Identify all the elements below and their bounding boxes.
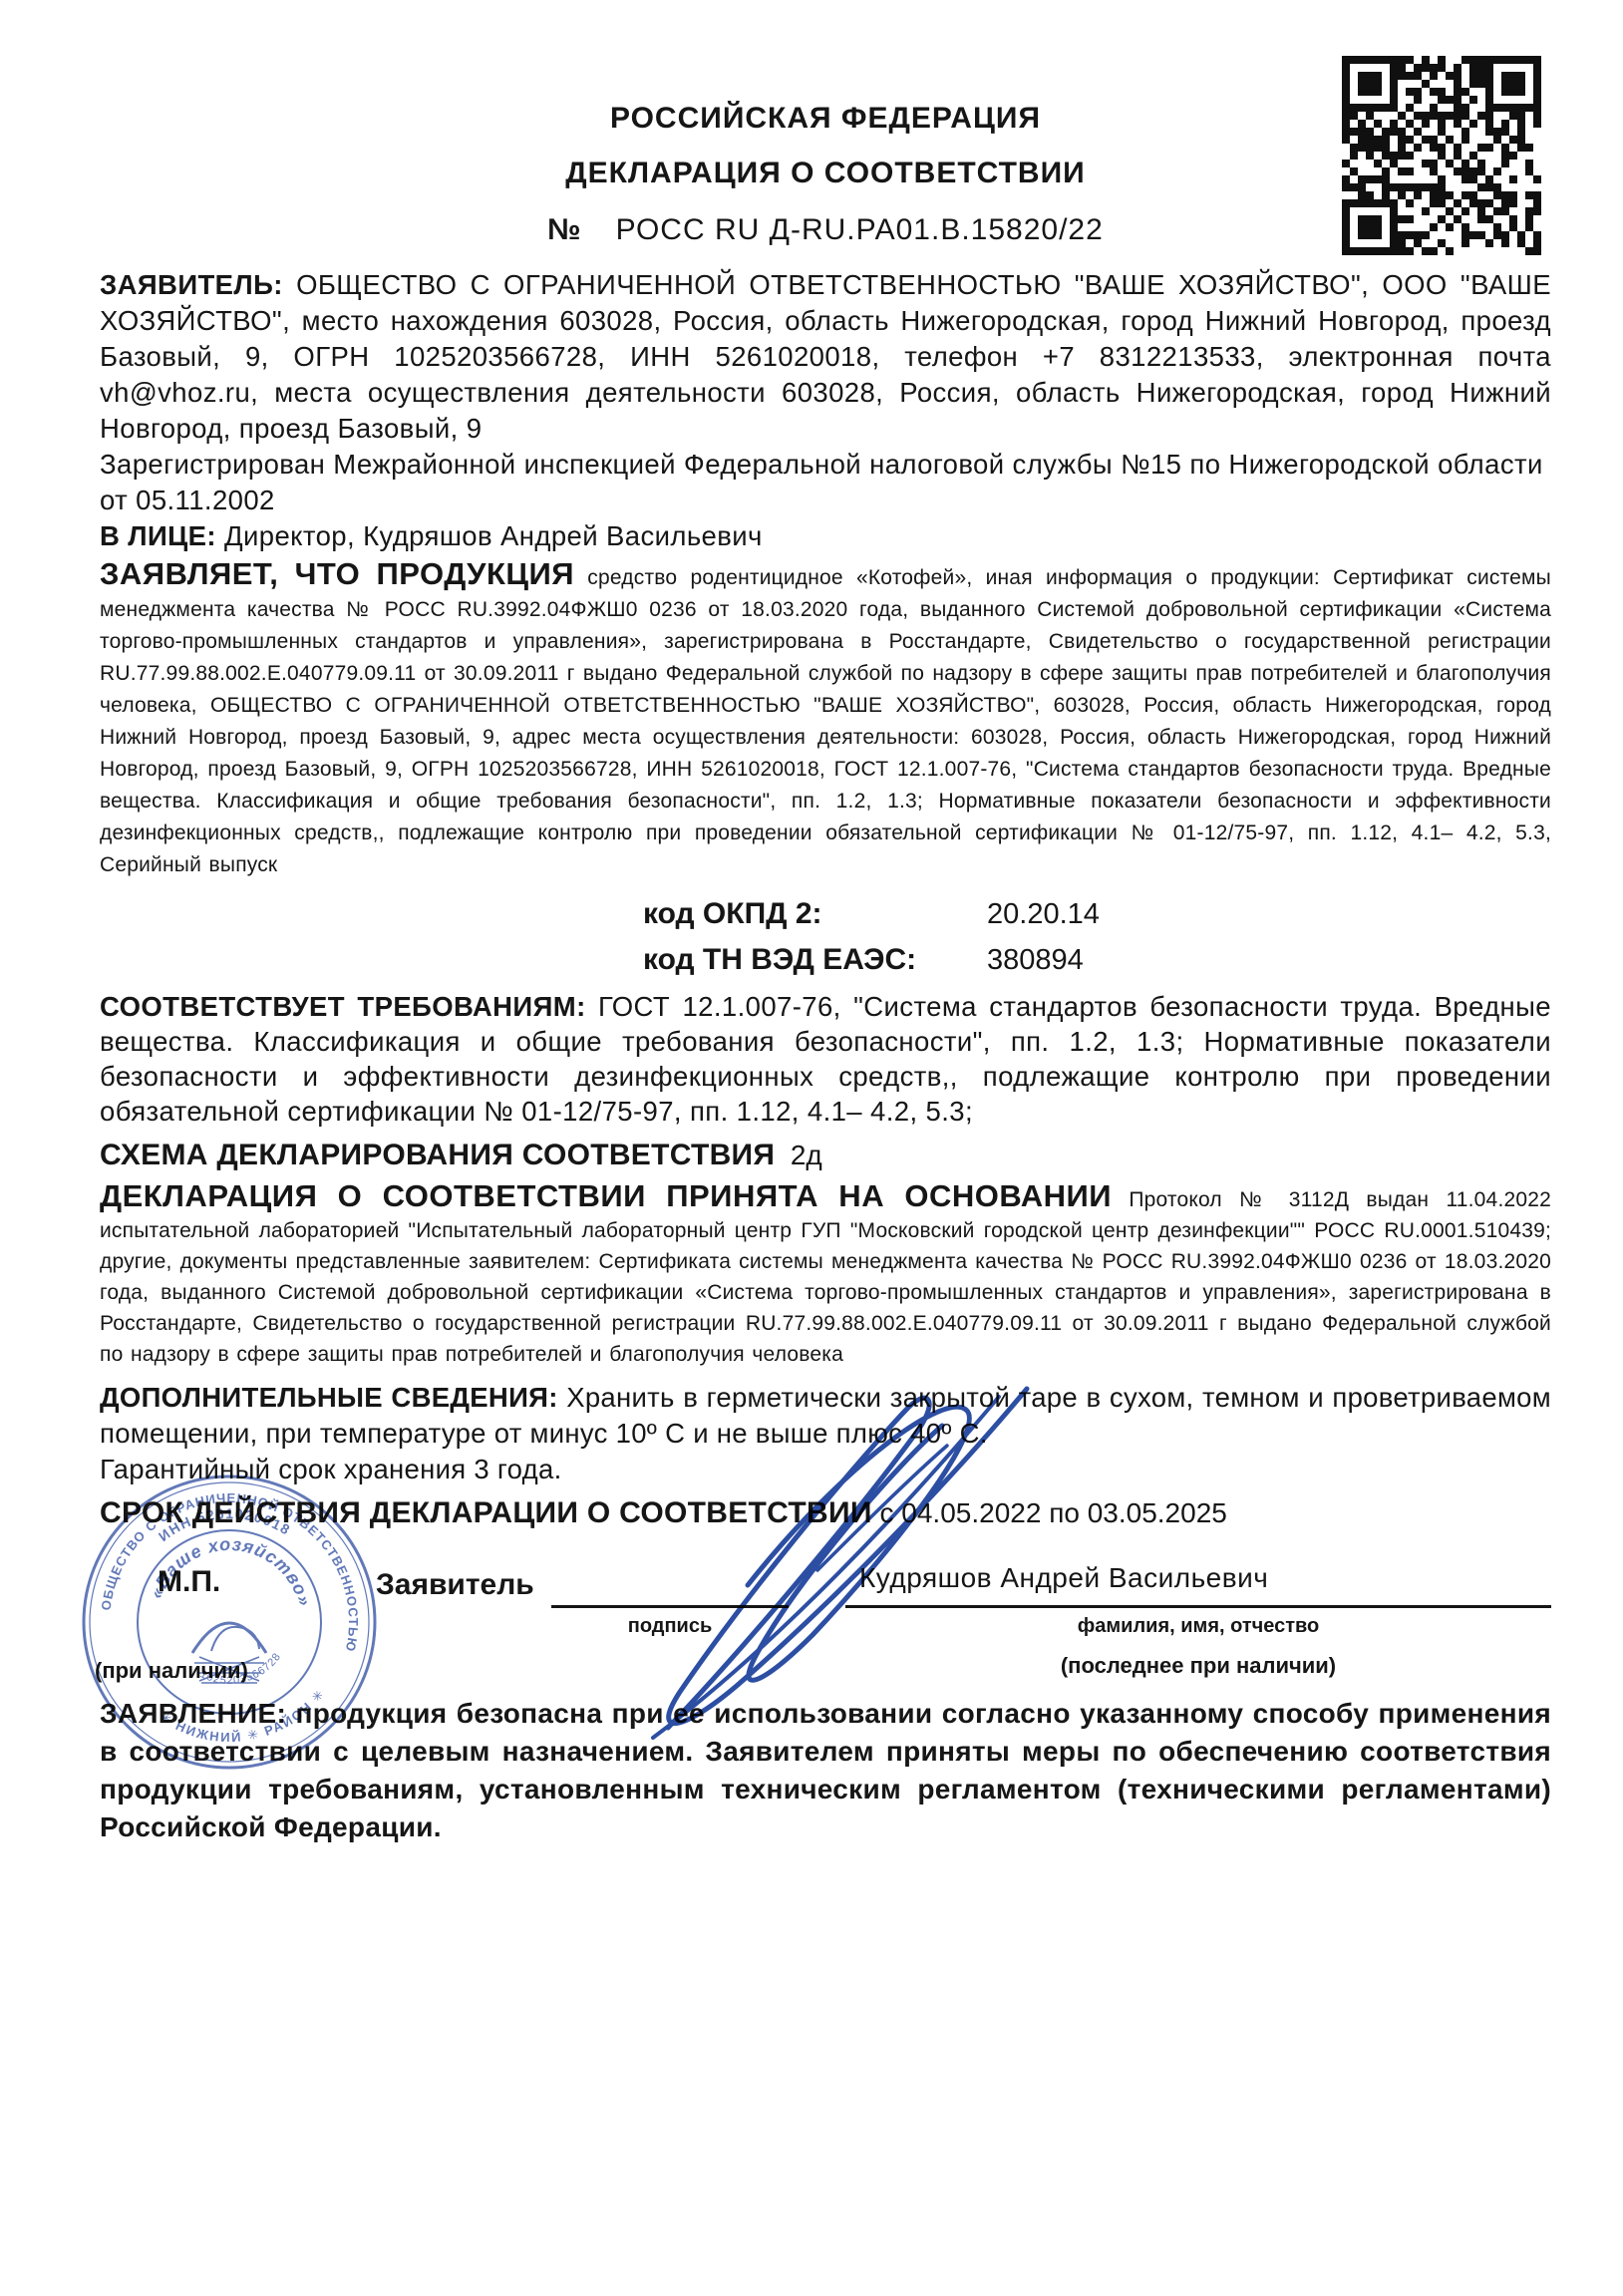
- applicant-text: ОБЩЕСТВО С ОГРАНИЧЕННОЙ ОТВЕТСТВЕННОСТЬЮ…: [100, 269, 1551, 444]
- product-text: средство родентицидное «Котофей», иная и…: [100, 566, 1551, 876]
- doc-number: РОСС RU Д-RU.РА01.В.15820/22: [616, 213, 1104, 246]
- doc-number-line: №РОСС RU Д-RU.РА01.В.15820/22: [100, 213, 1551, 247]
- codes-block: код ОКПД 2:20.20.14 код ТН ВЭД ЕАЭС:3808…: [100, 891, 1551, 983]
- in-person-text: Директор, Кудряшов Андрей Васильевич: [224, 520, 763, 551]
- company-stamp: ОБЩЕСТВО С ОГРАНИЧЕННОЙ ОТВЕТСТВЕННОСТЬЮ…: [75, 1468, 384, 1777]
- stamp-ogrn-text: 1025203566728: [198, 1651, 284, 1688]
- doc-number-label: №: [547, 213, 581, 246]
- compliance-paragraph: СООТВЕТСТВУЕТ ТРЕБОВАНИЯМ: ГОСТ 12.1.007…: [100, 989, 1551, 1129]
- scheme-value: 2д: [791, 1140, 822, 1170]
- svg-text:«Ваше хозяйство»: «Ваше хозяйство»: [147, 1534, 316, 1609]
- product-paragraph: ЗАЯВЛЯЕТ, ЧТО ПРОДУКЦИЯ средство роденти…: [100, 558, 1551, 881]
- basis-heading: ДЕКЛАРАЦИЯ О СООТВЕТСТВИИ ПРИНЯТА НА ОСН…: [100, 1178, 1112, 1213]
- svg-text:✳ НИЖНИЙ ✳ РАЙОН ✳: ✳ НИЖНИЙ ✳ РАЙОН ✳: [158, 1686, 328, 1745]
- applicant-label: ЗАЯВИТЕЛЬ:: [100, 269, 283, 300]
- header-title: ДЕКЛАРАЦИЯ О СООТВЕТСТВИИ: [100, 157, 1551, 190]
- compliance-label: СООТВЕТСТВУЕТ ТРЕБОВАНИЯМ:: [100, 991, 586, 1022]
- in-person-label: В ЛИЦЕ:: [100, 520, 216, 551]
- stamp-bottom-text: ✳ НИЖНИЙ ✳ РАЙОН ✳: [158, 1686, 328, 1745]
- applicant-paragraph: ЗАЯВИТЕЛЬ: ОБЩЕСТВО С ОГРАНИЧЕННОЙ ОТВЕТ…: [100, 267, 1551, 447]
- okpd-row: код ОКПД 2:20.20.14: [643, 891, 1551, 937]
- scheme-label: СХЕМА ДЕКЛАРИРОВАНИЯ СООТВЕТСТВИЯ: [100, 1139, 775, 1171]
- in-person-line: В ЛИЦЕ: Директор, Кудряшов Андрей Василь…: [100, 518, 1551, 554]
- scheme-line: СХЕМА ДЕКЛАРИРОВАНИЯ СООТВЕТСТВИЯ 2д: [100, 1135, 1551, 1176]
- svg-text:1025203566728: 1025203566728: [198, 1651, 284, 1688]
- signature-scrawl: [429, 1331, 1127, 1750]
- product-heading: ЗАЯВЛЯЕТ, ЧТО ПРОДУКЦИЯ: [100, 556, 574, 591]
- document-page: РОССИЙСКАЯ ФЕДЕРАЦИЯ ДЕКЛАРАЦИЯ О СООТВЕ…: [0, 0, 1623, 2296]
- stamp-inner-text: «Ваше хозяйство»: [147, 1534, 316, 1609]
- okpd-value: 20.20.14: [987, 898, 1100, 930]
- tnved-label: код ТН ВЭД ЕАЭС:: [643, 937, 987, 982]
- tnved-value: 380894: [987, 944, 1084, 976]
- tnved-row: код ТН ВЭД ЕАЭС:380894: [643, 937, 1551, 983]
- okpd-label: код ОКПД 2:: [643, 891, 987, 936]
- header-country: РОССИЙСКАЯ ФЕДЕРАЦИЯ: [100, 102, 1551, 136]
- registration-paragraph: Зарегистрирован Межрайонной инспекцией Ф…: [100, 447, 1551, 518]
